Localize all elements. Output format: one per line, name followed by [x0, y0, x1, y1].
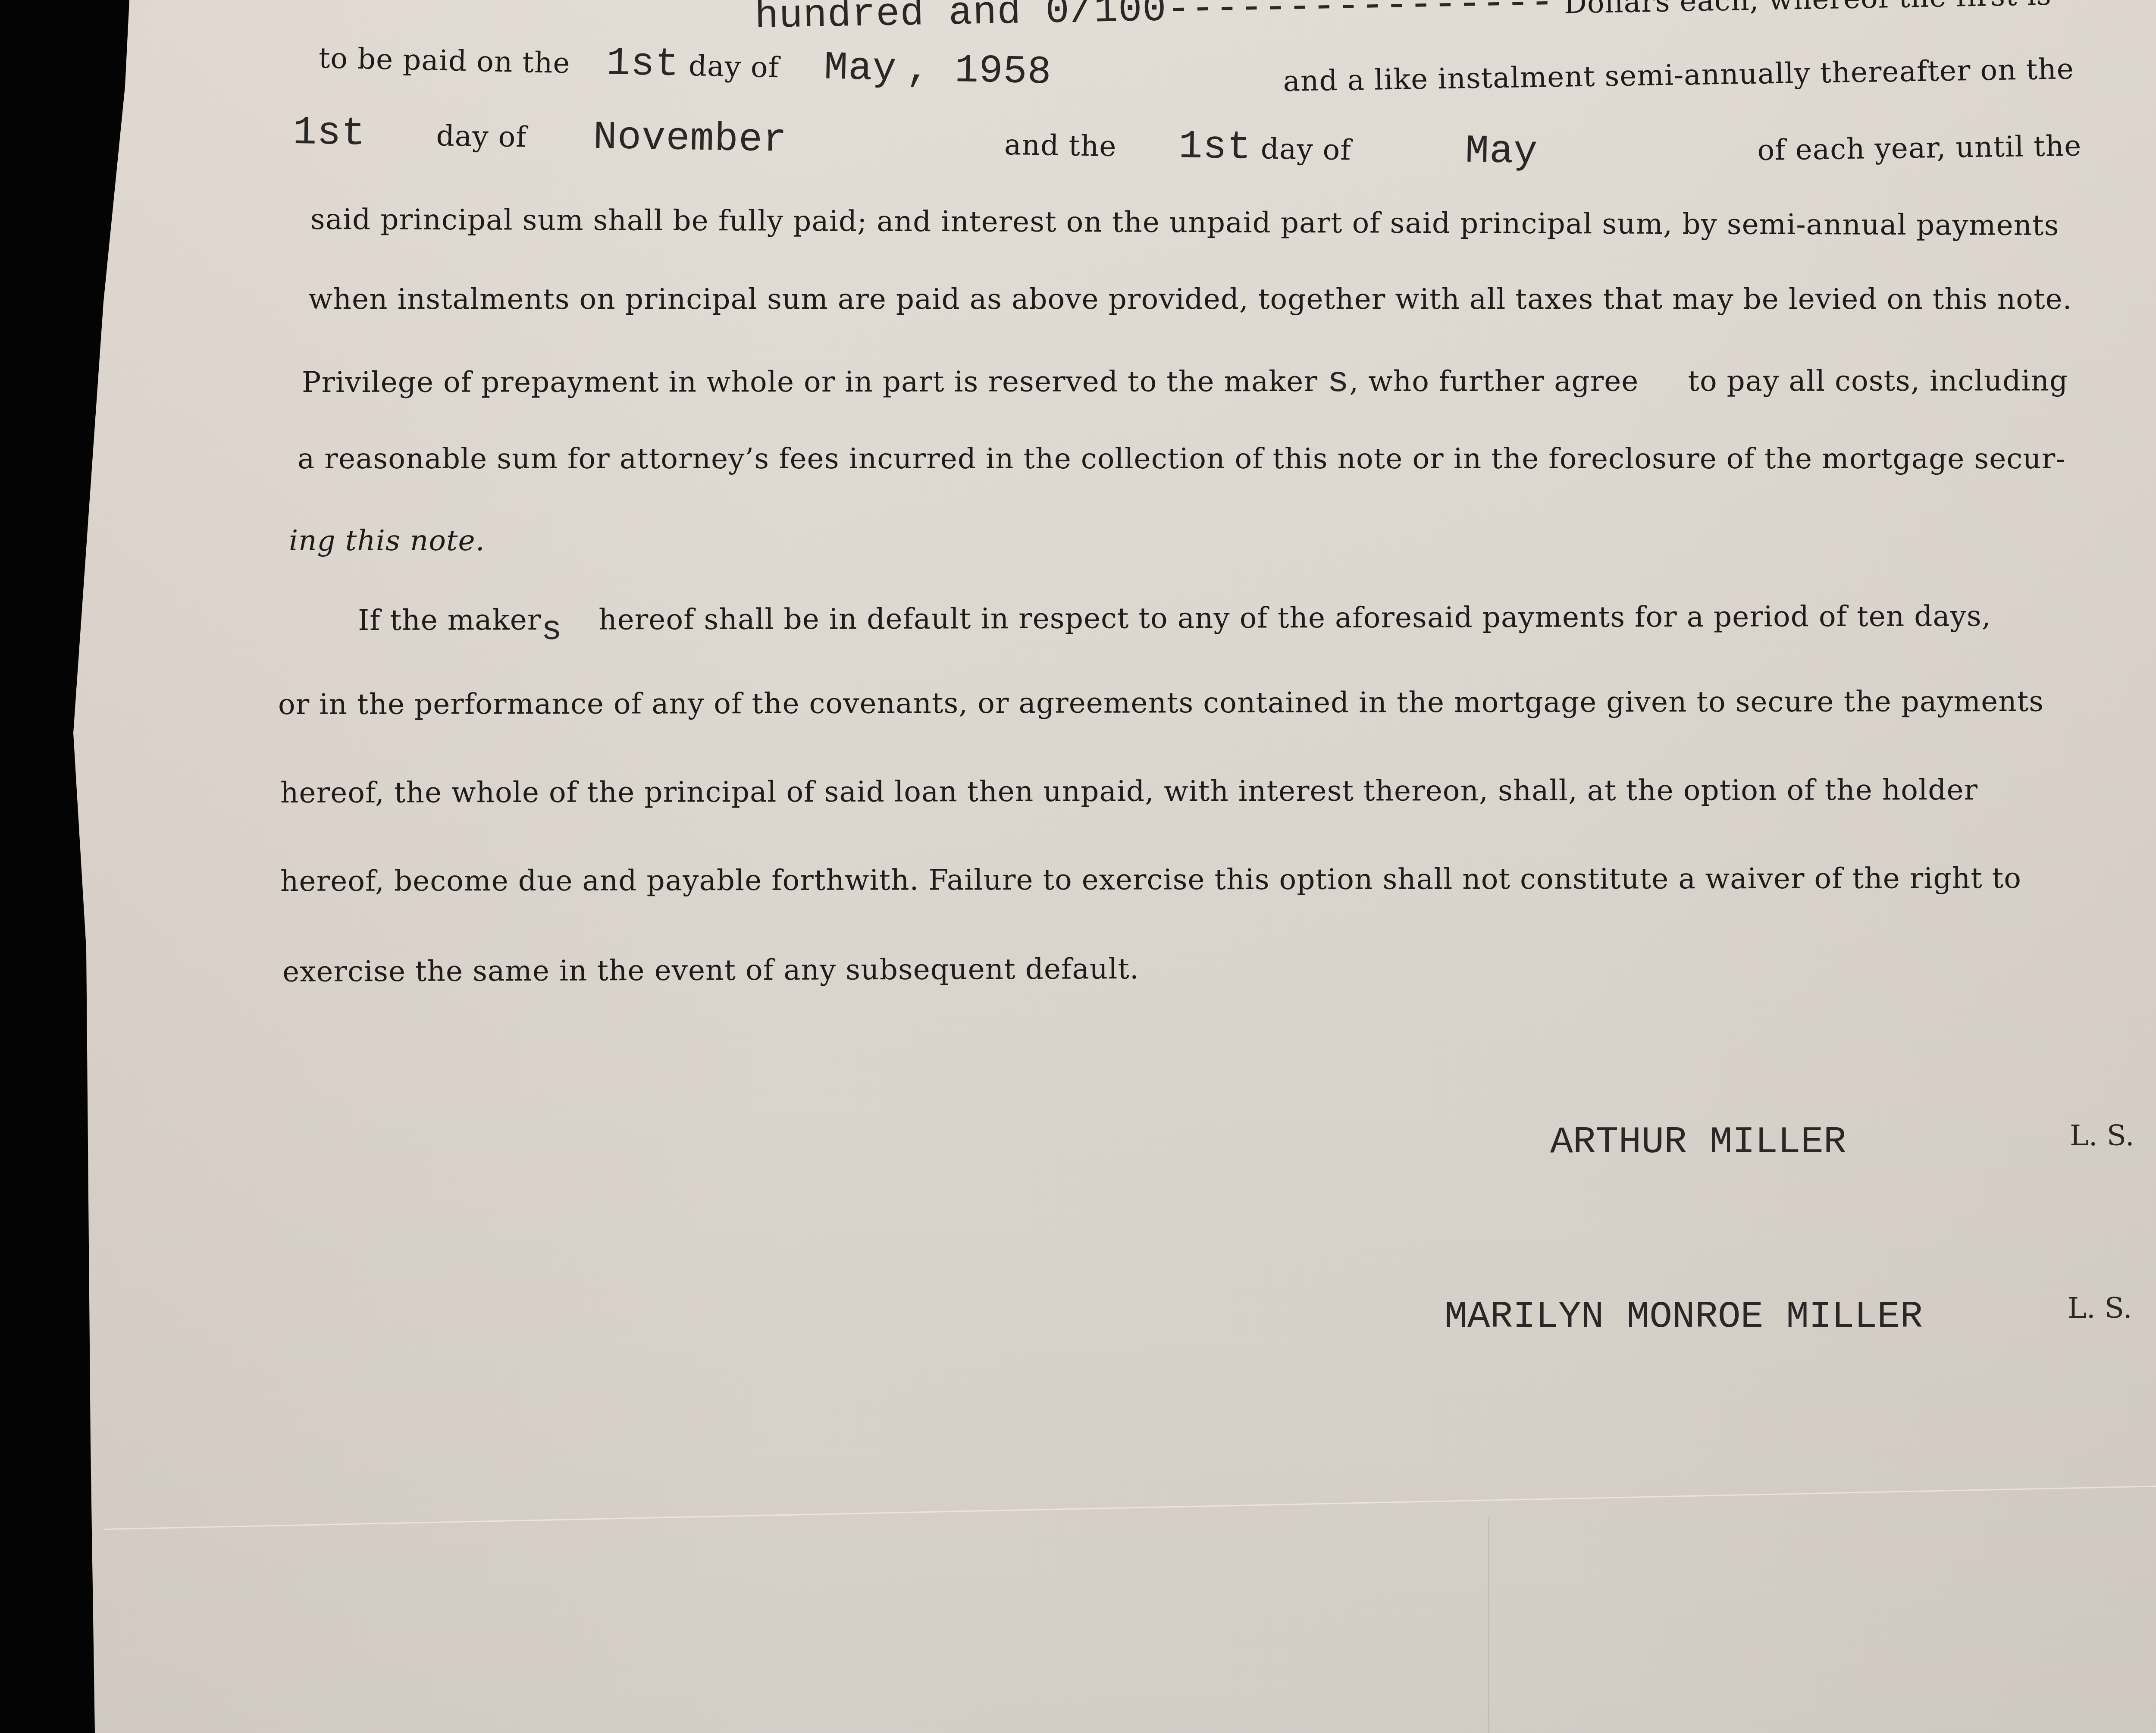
printed-text: day of	[688, 49, 780, 84]
printed-text: day of	[1260, 132, 1351, 166]
typed-plural-suffix: s	[541, 611, 562, 650]
signature-name-arthur-miller: ARTHUR MILLER	[1550, 1121, 1846, 1164]
body-text: said principal sum shall be fully paid; …	[310, 203, 2059, 242]
printed-text: hereof shall be in default in respect to…	[599, 599, 1991, 636]
printed-text: to pay all costs, including	[1688, 364, 2068, 398]
typed-month: May	[824, 45, 897, 92]
body-text: hereof, become due and payable forthwith…	[280, 862, 2021, 898]
printed-text: day of	[436, 119, 527, 154]
typed-plural-suffix: s	[1327, 361, 1350, 402]
paper-fold-crease-vertical	[1488, 1518, 1489, 1733]
body-line: said principal sum shall be fully paid; …	[310, 203, 2059, 242]
body-line: hereof, become due and payable forthwith…	[280, 862, 2021, 898]
typed-day: 1st	[1178, 124, 1251, 170]
typed-month: November	[593, 115, 787, 163]
body-text: when instalments on principal sum are pa…	[308, 282, 2072, 316]
body-text: ing this note.	[289, 524, 485, 557]
body-line: exercise the same in the event of any su…	[282, 952, 1139, 988]
seal-mark: L. S.	[2068, 1291, 2132, 1325]
printed-text: , who further agree	[1349, 364, 1639, 398]
printed-text: to be paid on the	[318, 41, 570, 80]
printed-text: If the maker	[358, 603, 541, 637]
each-year-text: of each year, until the	[1757, 129, 2082, 167]
printed-text: Privilege of prepayment in whole or in p…	[302, 365, 1318, 399]
default-clause-line: If the makers hereof shall be in default…	[358, 597, 1991, 641]
typed-day: 1st	[292, 110, 366, 157]
typed-day: 1st	[606, 41, 680, 88]
printed-text: of each year, until the	[1757, 129, 2082, 167]
body-line: hereof, the whole of the principal of sa…	[280, 773, 1978, 809]
body-text: hereof, the whole of the principal of sa…	[280, 773, 1978, 809]
body-line: ing this note.	[289, 524, 485, 557]
printed-text: and the	[1004, 128, 1117, 163]
photo-stage: hundred and 0/100---------------- Dollar…	[0, 0, 2156, 1733]
printed-dollars-text: Dollars each, whereof the first is	[1564, 0, 2052, 20]
privilege-line: Privilege of prepayment in whole or in p…	[302, 360, 2068, 403]
body-text: exercise the same in the event of any su…	[282, 952, 1139, 988]
typed-month: May	[1465, 128, 1538, 175]
body-text: or in the performance of any of the cove…	[278, 685, 2044, 721]
body-line: or in the performance of any of the cove…	[278, 685, 2044, 721]
body-line: a reasonable sum for attorney’s fees inc…	[298, 442, 2066, 475]
seal-mark: L. S.	[2070, 1119, 2134, 1152]
typed-year: , 1958	[906, 47, 1052, 95]
body-text: a reasonable sum for attorney’s fees inc…	[298, 442, 2066, 475]
signature-name-marilyn-monroe-miller: MARILYN MONROE MILLER	[1445, 1296, 1923, 1338]
body-line: when instalments on principal sum are pa…	[308, 282, 2072, 316]
